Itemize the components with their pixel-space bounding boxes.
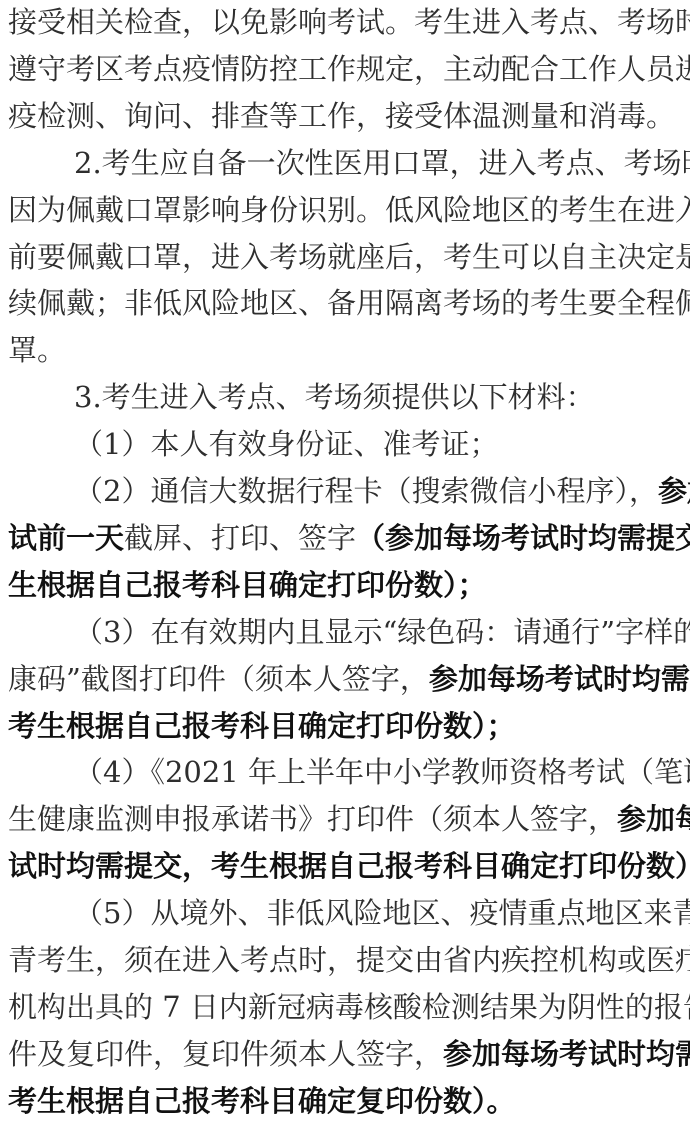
text-line: 件及复印件，复印件须本人签字，参加每场考试时均需提交， <box>8 1034 682 1074</box>
body-text: 前要佩戴口罩，进入考场就座后，考生可以自主决定是否继 <box>8 240 690 274</box>
emphasized-text: （参加每场考试时均需提交，考 <box>356 521 690 555</box>
body-text: 件及复印件，复印件须本人签字， <box>8 1037 443 1071</box>
text-line: 试前一天截屏、打印、签字（参加每场考试时均需提交，考 <box>8 518 682 558</box>
text-line: 考生根据自己报考科目确定打印份数）； <box>8 706 516 746</box>
body-text: 2.考生应自备一次性医用口罩，进入考点、考场时不得 <box>74 146 690 180</box>
body-text: （2）通信大数据行程卡（搜索微信小程序）， <box>74 474 658 508</box>
body-text: 罩。 <box>8 333 66 367</box>
body-text: 截屏、打印、签字 <box>124 521 356 555</box>
text-line: （5）从境外、非低风险地区、疫情重点地区来青、返 <box>74 893 682 933</box>
emphasized-text: 考生根据自己报考科目确定打印份数）； <box>8 709 516 743</box>
body-text: （3）在有效期内且显示“绿色码：请通行”字样的“信 <box>74 615 690 649</box>
text-line: 遵守考区考点疫情防控工作规定，主动配合工作人员进行防 <box>8 49 682 89</box>
text-line: 机构出具的 7 日内新冠病毒核酸检测结果为阴性的报告（原 <box>8 987 682 1027</box>
body-text: 因为佩戴口罩影响身份识别。低风险地区的考生在进入考场 <box>8 193 690 227</box>
body-text: （1）本人有效身份证、准考证； <box>74 427 498 461</box>
emphasized-text: 参加考 <box>658 474 690 508</box>
text-line: （4）《2021 年上半年中小学教师资格考试（笔试）考 <box>74 752 682 792</box>
emphasized-text: 考生根据自己报考科目确定复印份数）。 <box>8 1084 516 1118</box>
emphasized-text: 参加每场考 <box>617 802 690 836</box>
text-line: 2.考生应自备一次性医用口罩，进入考点、考场时不得 <box>74 143 682 183</box>
body-text: 接受相关检查，以免影响考试。考生进入考点、考场时，须 <box>8 5 690 39</box>
text-line: 生根据自己报考科目确定打印份数）； <box>8 565 487 605</box>
body-text: （4）《2021 年上半年中小学教师资格考试（笔试）考 <box>74 755 690 789</box>
body-text: 3.考生进入考点、考场须提供以下材料： <box>74 380 595 414</box>
body-text: 生健康监测申报承诺书》打印件（须本人签字， <box>8 802 617 836</box>
text-line: 续佩戴；非低风险地区、备用隔离考场的考生要全程佩戴口 <box>8 283 682 323</box>
text-line: 3.考生进入考点、考场须提供以下材料： <box>74 377 595 417</box>
emphasized-text: 试时均需提交，考生根据自己报考科目确定打印份数）； <box>8 849 690 883</box>
body-text: 青考生，须在进入考点时，提交由省内疾控机构或医疗卫生 <box>8 943 690 977</box>
text-line: （2）通信大数据行程卡（搜索微信小程序），参加考 <box>74 471 682 511</box>
text-line: （1）本人有效身份证、准考证； <box>74 424 498 464</box>
text-line: （3）在有效期内且显示“绿色码：请通行”字样的“信 <box>74 612 682 652</box>
body-text: 遵守考区考点疫情防控工作规定，主动配合工作人员进行防 <box>8 52 690 86</box>
emphasized-text: 试前一天 <box>8 521 124 555</box>
body-text: 机构出具的 7 日内新冠病毒核酸检测结果为阴性的报告（原 <box>8 990 690 1024</box>
body-text: （5）从境外、非低风险地区、疫情重点地区来青、返 <box>74 896 690 930</box>
text-line: 因为佩戴口罩影响身份识别。低风险地区的考生在进入考场 <box>8 190 682 230</box>
text-line: 康码”截图打印件（须本人签字，参加每场考试时均需提交， <box>8 659 682 699</box>
document-page: 接受相关检查，以免影响考试。考生进入考点、考场时，须遵守考区考点疫情防控工作规定… <box>0 0 690 1127</box>
body-text: 康码”截图打印件（须本人签字， <box>8 662 429 696</box>
emphasized-text: 生根据自己报考科目确定打印份数）； <box>8 568 487 602</box>
text-line: 前要佩戴口罩，进入考场就座后，考生可以自主决定是否继 <box>8 237 682 277</box>
text-line: 接受相关检查，以免影响考试。考生进入考点、考场时，须 <box>8 2 682 42</box>
emphasized-text: 参加每场考试时均需提交， <box>429 662 690 696</box>
text-line: 试时均需提交，考生根据自己报考科目确定打印份数）； <box>8 846 690 886</box>
body-text: 疫检测、询问、排查等工作，接受体温测量和消毒。 <box>8 99 675 133</box>
emphasized-text: 参加每场考试时均需提交， <box>443 1037 690 1071</box>
body-text: 续佩戴；非低风险地区、备用隔离考场的考生要全程佩戴口 <box>8 286 690 320</box>
text-line: 青考生，须在进入考点时，提交由省内疾控机构或医疗卫生 <box>8 940 682 980</box>
text-line: 考生根据自己报考科目确定复印份数）。 <box>8 1081 516 1121</box>
text-line: 疫检测、询问、排查等工作，接受体温测量和消毒。 <box>8 96 675 136</box>
text-line: 生健康监测申报承诺书》打印件（须本人签字，参加每场考 <box>8 799 682 839</box>
text-line: 罩。 <box>8 330 66 370</box>
